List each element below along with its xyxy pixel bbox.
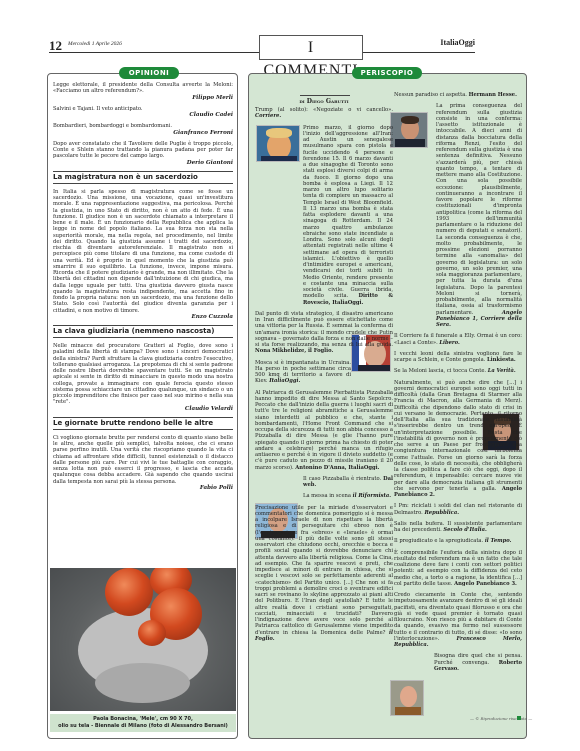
opinioni-label: OPINIONI	[119, 67, 179, 79]
copyright-notice: — © Riproduzione riservata —	[470, 716, 532, 721]
quote-item: Credo ciecamente in Conte che, sentendo …	[394, 592, 522, 648]
quote-item: Bisogna dire quel che si pensa. Purché c…	[394, 653, 522, 672]
painting-photo: Paola Bonacina, 'Mele', cm 90 X 70, olio…	[50, 568, 236, 736]
quote-item: Il pregiudicato e la spregiudicata. il T…	[394, 538, 522, 544]
section-title: I COMMENTI	[259, 35, 363, 60]
quote-item: I Pm: riciclati i soldi del clan nel ris…	[394, 503, 522, 516]
article-author: Fabio Polli	[53, 485, 233, 491]
masthead-logo: ItaliaOggi	[440, 38, 475, 47]
quote-item: Il Corriere fa il funerale a Elly. Ormai…	[394, 333, 522, 346]
periscopio-label: PERISCOPIO	[352, 67, 422, 79]
opinion-author: Gianfranco Ferroni	[53, 130, 233, 136]
quote-item: Se la Meloni lascia, ci tocca Conte. La …	[394, 368, 522, 374]
opinion-author: Filippo Merli	[53, 95, 233, 101]
opinioni-column: Legge elettorale, il presidente della Co…	[53, 82, 233, 496]
quote-item: Trump (al solito): «Negoziate o vi cance…	[255, 107, 393, 120]
quote-item: Salis nella bufera. Il sussistente parla…	[394, 521, 522, 534]
quote-item: Primo marzo, il giorno dopo l'inizio del…	[255, 125, 393, 306]
byline-rule	[300, 95, 350, 96]
quote-item: La messa in scena il Riformista.	[255, 493, 393, 499]
article-title: La clava giudiziaria (nemmeno nascosta)	[53, 325, 233, 338]
quote-item: I vecchi leoni della sinistra vogliono f…	[394, 351, 522, 364]
periscopio-column-2: Nessun paradiso ci aspetta. Hermann Hess…	[394, 92, 522, 677]
byline: di Diego Gabutti	[255, 98, 393, 105]
quote-item: Al Patriarca di Gerusalemme Pierbattista…	[255, 390, 393, 471]
quote-item: Naturalmente, si può anche dire che [...…	[394, 380, 522, 499]
article-body: In Italia si parla spesso di magistratur…	[53, 189, 233, 320]
periscopio-column-1: Trump (al solito): «Negoziate o vi cance…	[255, 107, 393, 647]
end-square-icon	[517, 716, 521, 720]
opinion-author: Claudio Cadei	[53, 112, 233, 118]
page-date: Mercoledì 1 Aprile 2026	[68, 41, 122, 47]
opinion-item: Bombardieri, bombardoggi e bombardomani.…	[53, 123, 233, 136]
quote-item: Mosca si è impantanata in Ucraina. Ha pe…	[255, 360, 393, 385]
opinion-author: Derio Giantoni	[53, 160, 233, 166]
quote-item: Il caso Pizzaballa è rientrato. Dal web.	[255, 476, 393, 489]
opinion-item: Salvini e Tajani. Il veto anticipato.Cla…	[53, 106, 233, 119]
portrait-gervaso	[390, 680, 424, 716]
page-header: 12 Mercoledì 1 Aprile 2026 I COMMENTI It…	[49, 38, 475, 54]
quote-item: Nessun paradiso ci aspetta. Hermann Hess…	[394, 92, 522, 98]
article-author: Claudio Velardi	[53, 406, 233, 412]
article-title: Le giornate brutte rendono belle le altr…	[53, 417, 233, 430]
quote-item: Precisazione utile per la miriade d'osse…	[255, 505, 393, 643]
opinion-item: Dopo aver constatato che il Tavoliere de…	[53, 141, 233, 166]
article-title: La magistratura non è un sacerdozio	[53, 171, 233, 184]
photo-caption: Paola Bonacina, 'Mele', cm 90 X 70, olio…	[50, 714, 236, 732]
quote-item: La prima conseguenza del referendum sull…	[394, 103, 522, 328]
quote-item: È comprensibile l'euforia della sinistra…	[394, 550, 522, 588]
article-body: Nelle minacce del procuratore Gratteri a…	[53, 343, 233, 412]
opinion-item: Legge elettorale, il presidente della Co…	[53, 82, 233, 101]
painting-image	[50, 568, 236, 711]
article-body: Ci vogliono giornate brutte per rendersi…	[53, 435, 233, 491]
quote-item: Dal punto di vista strategico, il disast…	[255, 311, 393, 355]
article-author: Enzo Cuzzola	[53, 314, 233, 320]
